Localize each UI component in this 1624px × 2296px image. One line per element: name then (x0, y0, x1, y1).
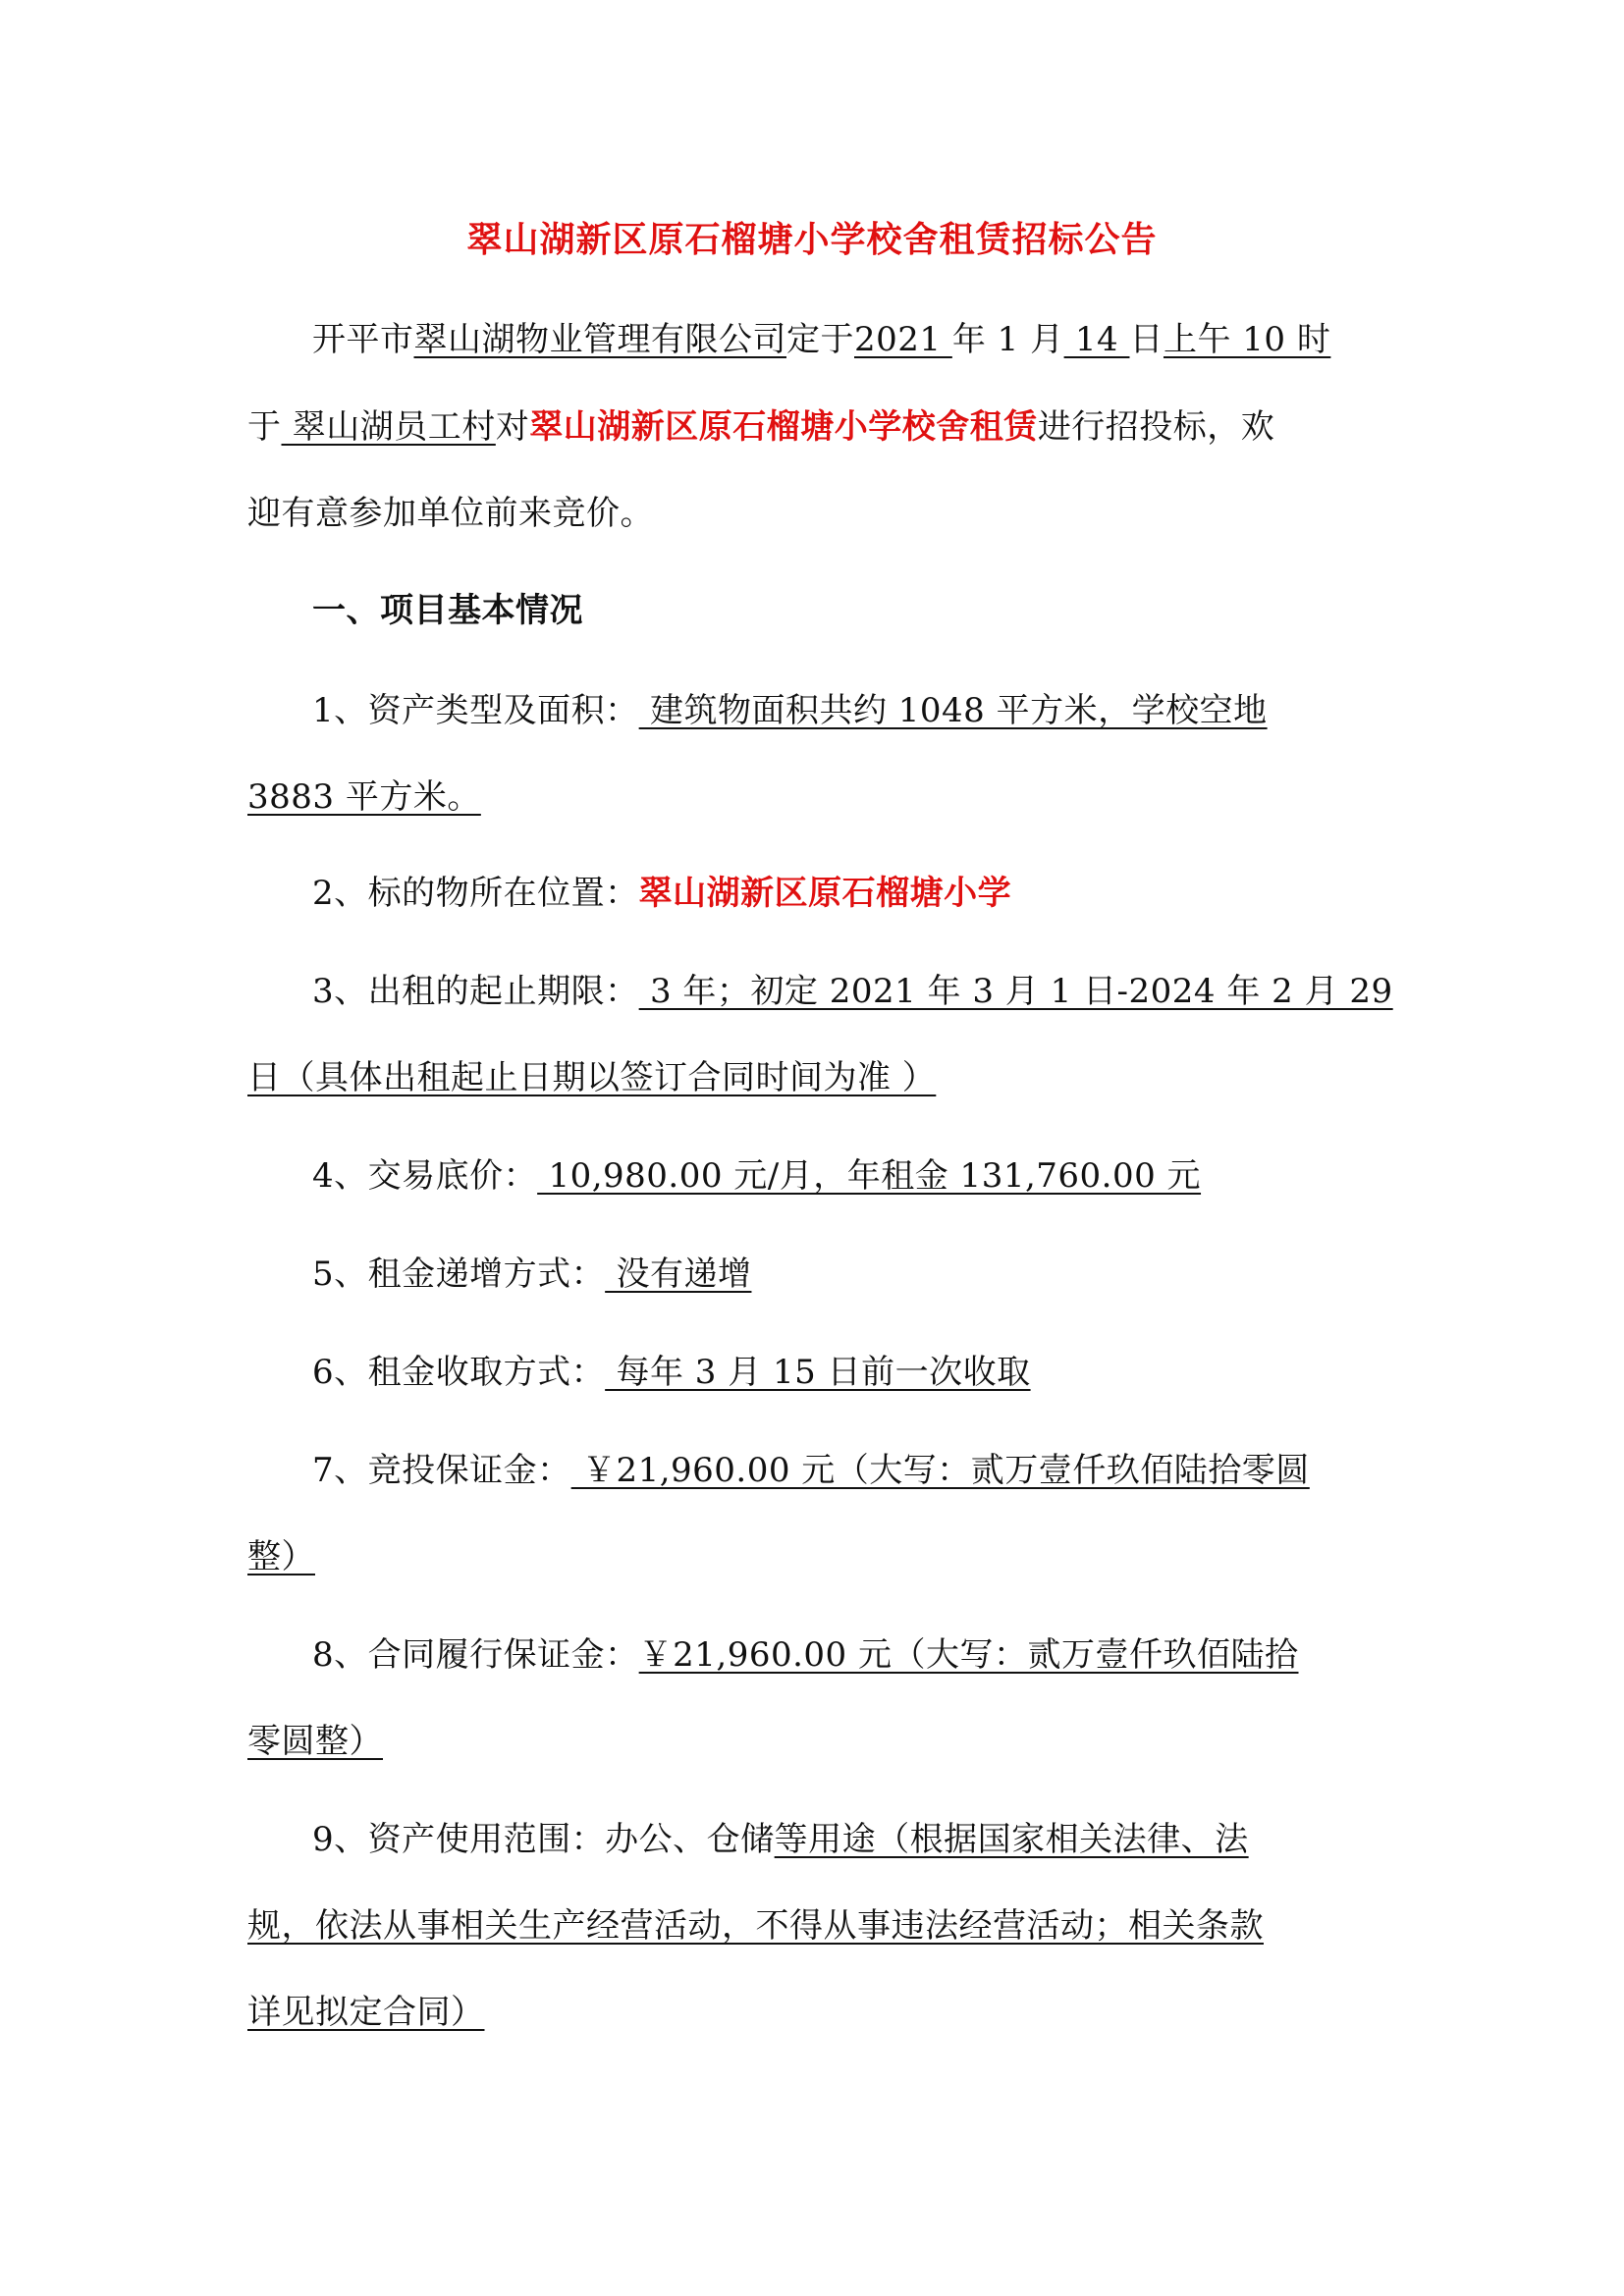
item-value: ￥21,960.00 元（大写：贰万壹仟玖佰陆拾零圆 (571, 1451, 1310, 1490)
bid-venue: 翠山湖员工村 (282, 407, 496, 447)
item-label: 3、出租的起止期限： (312, 972, 639, 1011)
item-value: 10,980.00 元/月，年租金 131,760.00 元 (537, 1156, 1201, 1196)
item-7-line-2: 整） (247, 1535, 315, 1578)
item-4: 4、交易底价： 10,980.00 元/月，年租金 131,760.00 元 (312, 1154, 1201, 1198)
bid-day: 14 (1064, 320, 1130, 359)
bid-year: 2021 (854, 320, 952, 359)
intro-text: 年 1 月 (952, 320, 1064, 359)
item-value: 建筑物面积共约 1048 平方米，学校空地 (639, 691, 1268, 730)
intro-text: 进行招投标，欢 (1038, 407, 1275, 447)
company-name: 翠山湖物业管理有限公司 (414, 320, 787, 359)
item-3-line-1: 3、出租的起止期限： 3 年；初定 2021 年 3 月 1 日-2024 年 … (312, 970, 1393, 1013)
item-9-line-3: 详见拟定合同） (247, 1991, 485, 2034)
document-title: 翠山湖新区原石榴塘小学校舍租赁招标公告 (0, 212, 1624, 262)
item-value-location: 翠山湖新区原石榴塘小学 (639, 874, 1012, 913)
intro-text: 定于 (786, 320, 854, 359)
intro-text: 日 (1129, 320, 1164, 359)
item-value: 日（具体出租起止日期以签订合同时间为准 ） (247, 1058, 936, 1097)
item-value: 零圆整） (247, 1722, 383, 1761)
item-8-line-1: 8、合同履行保证金：￥21,960.00 元（大写：贰万壹仟玖佰陆拾 (312, 1633, 1299, 1677)
item-9-line-1: 9、资产使用范围：办公、仓储等用途（根据国家相关法律、法 (312, 1818, 1249, 1861)
item-value: 3 年；初定 2021 年 3 月 1 日-2024 年 2 月 29 (639, 972, 1393, 1011)
item-1-line-2: 3883 平方米。 (247, 775, 481, 819)
intro-text: 于 (247, 407, 282, 447)
intro-line-2: 于 翠山湖员工村对翠山湖新区原石榴塘小学校舍租赁进行招投标，欢 (247, 405, 1274, 449)
item-8-line-2: 零圆整） (247, 1720, 383, 1763)
intro-text: 迎有意参加单位前来竞价。 (247, 494, 654, 533)
item-value: ￥21,960.00 元（大写：贰万壹仟玖佰陆拾 (639, 1635, 1299, 1675)
document-page: 翠山湖新区原石榴塘小学校舍租赁招标公告 开平市翠山湖物业管理有限公司定于2021… (0, 0, 1624, 2296)
item-value: 没有递增 (605, 1255, 751, 1294)
item-6: 6、租金收取方式： 每年 3 月 15 日前一次收取 (312, 1351, 1031, 1394)
item-value: 规，依法从事相关生产经营活动，不得从事违法经营活动；相关条款 (247, 1906, 1264, 1946)
item-label: 6、租金收取方式： (312, 1353, 605, 1392)
item-label: 1、资产类型及面积： (312, 691, 639, 730)
item-value: 3883 平方米。 (247, 777, 481, 817)
item-value: 详见拟定合同） (247, 1993, 485, 2032)
project-name: 翠山湖新区原石榴塘小学校舍租赁 (529, 407, 1038, 447)
item-label: 8、合同履行保证金： (312, 1635, 639, 1675)
item-1-line-1: 1、资产类型及面积： 建筑物面积共约 1048 平方米，学校空地 (312, 689, 1268, 732)
item-value: 每年 3 月 15 日前一次收取 (605, 1353, 1030, 1392)
section-heading: 一、项目基本情况 (312, 589, 583, 632)
intro-line-3: 迎有意参加单位前来竞价。 (247, 492, 654, 535)
item-label: 5、租金递增方式： (312, 1255, 605, 1294)
item-value: 等用途（根据国家相关法律、法 (775, 1820, 1249, 1859)
item-9-line-2: 规，依法从事相关生产经营活动，不得从事违法经营活动；相关条款 (247, 1904, 1264, 1948)
item-label: 7、竞投保证金： (312, 1451, 571, 1490)
intro-text: 对 (496, 407, 530, 447)
intro-line-1: 开平市翠山湖物业管理有限公司定于2021 年 1 月 14 日上午 10 时 (312, 318, 1330, 361)
item-label: 9、资产使用范围：办公、仓储 (312, 1820, 775, 1859)
item-value: 整） (247, 1537, 315, 1576)
item-3-line-2: 日（具体出租起止日期以签订合同时间为准 ） (247, 1056, 936, 1099)
item-5: 5、租金递增方式： 没有递增 (312, 1253, 751, 1296)
item-label: 2、标的物所在位置： (312, 874, 639, 913)
item-7-line-1: 7、竞投保证金： ￥21,960.00 元（大写：贰万壹仟玖佰陆拾零圆 (312, 1449, 1310, 1492)
item-label: 4、交易底价： (312, 1156, 537, 1196)
bid-time: 上午 10 时 (1164, 320, 1330, 359)
intro-text: 开平市 (312, 320, 414, 359)
item-2: 2、标的物所在位置：翠山湖新区原石榴塘小学 (312, 872, 1011, 915)
